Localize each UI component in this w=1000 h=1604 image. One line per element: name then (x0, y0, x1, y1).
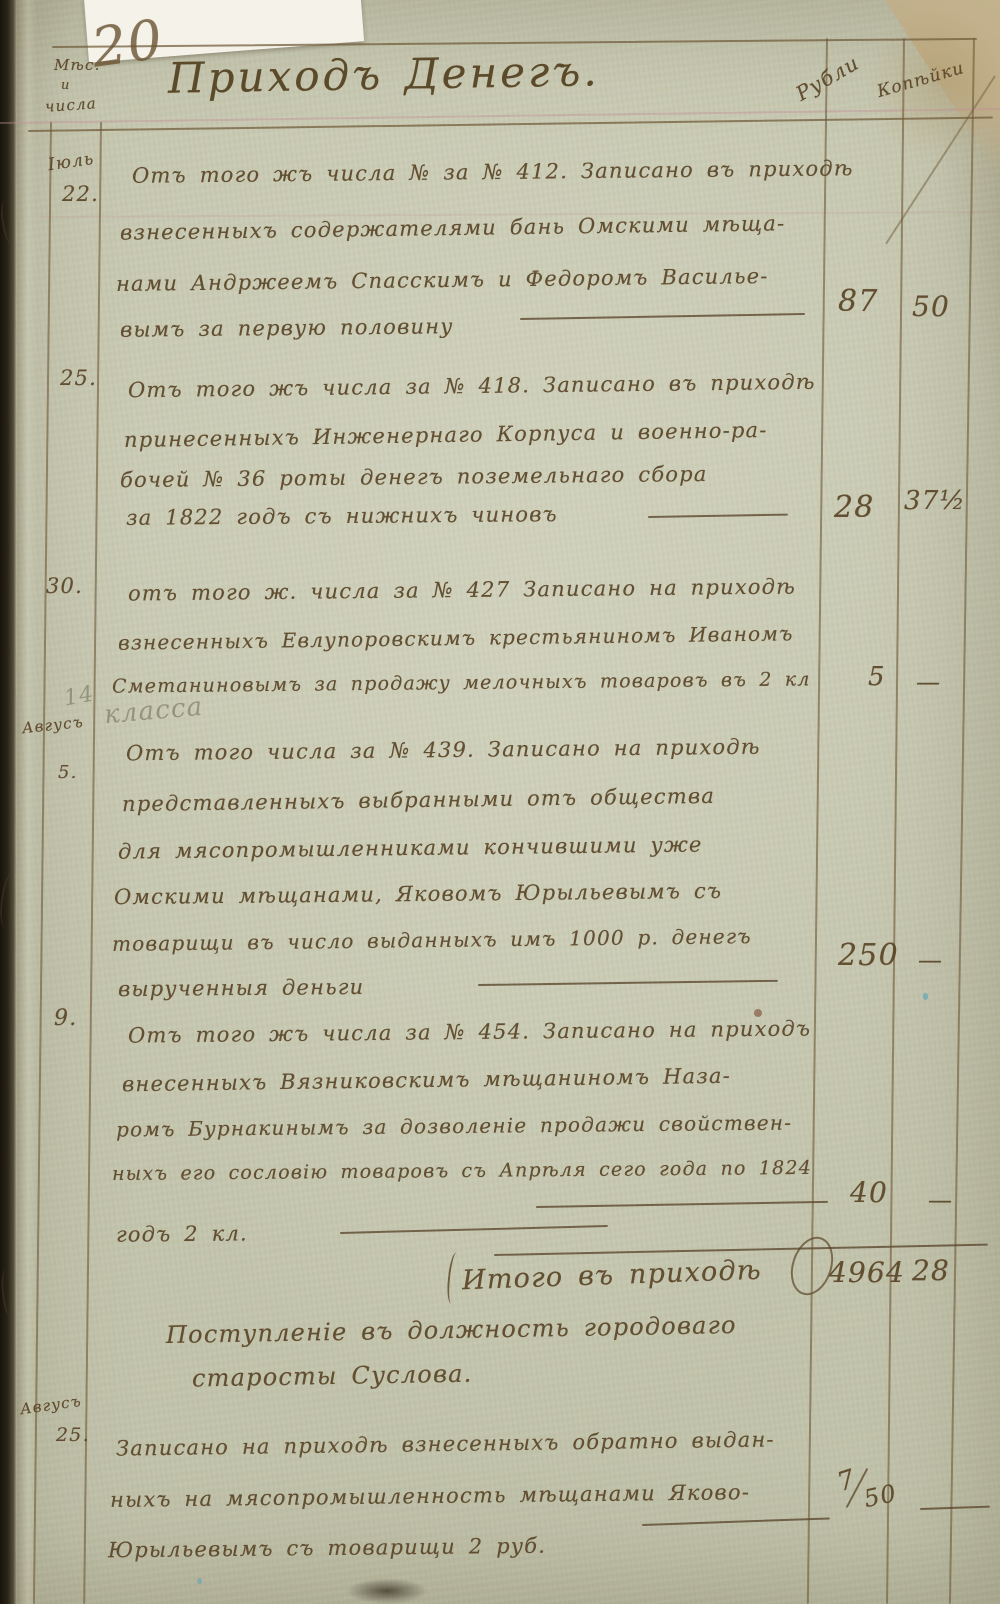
entry-line: вымъ за первую половину (120, 314, 454, 341)
entry-line: взнесенныхъ Евлупоровскимъ крестьяниномъ… (118, 621, 794, 654)
ink-dash-filler (920, 1506, 990, 1510)
rubles-value: 5 (868, 662, 886, 692)
ink-spot (754, 1009, 762, 1017)
section-note-line: старосты Суслова. (192, 1360, 473, 1393)
entry-day: 30. (46, 574, 83, 598)
ledger-page: 20 Мѣс. и числа Приходъ Денегъ. Рубли Ко… (0, 0, 1000, 1604)
rubles-value: 87 (838, 284, 879, 319)
kopecks-column-rule (886, 38, 905, 1604)
entry-day: 25. (60, 366, 97, 390)
paper-crease (17, 0, 37, 1604)
page-title: Приходъ Денегъ. (168, 46, 600, 103)
kopecks-value: 37½ (904, 486, 966, 516)
entry-line: представленныхъ выбранными отъ общества (122, 784, 715, 816)
ink-dash-filler (520, 313, 805, 320)
entry-day: 9. (54, 1006, 77, 1031)
entry-line: ныхъ его сословію товаровъ съ Апрѣля сег… (112, 1157, 812, 1185)
total-rubles-value: 4964 (829, 1256, 905, 1289)
entry-line: Отъ того жъ числа за № 418. Записано въ … (128, 370, 816, 402)
entry-line: годъ 2 кл. (116, 1221, 248, 1246)
date-column-header: и (61, 78, 71, 93)
total-label: Итого въ приходѣ (462, 1255, 763, 1296)
table-right-border (949, 38, 975, 1604)
entry-line: Записано на приходѣ взнесенныхъ обратно … (116, 1427, 775, 1460)
kopecks-value: 50 (861, 1479, 899, 1513)
ink-dash-filler (642, 1517, 830, 1526)
date-column-header: Мѣс. (54, 56, 101, 74)
bottom-smudge (346, 1578, 428, 1604)
entry-line: Юрыльевымъ съ товарищи 2 руб. (108, 1534, 546, 1563)
entry-day: 5. (58, 762, 78, 783)
pink-guide-line (0, 108, 1000, 124)
kopecks-value: — (918, 946, 943, 974)
entry-line: Омскими мѣщанами, Яковомъ Юрыльевымъ съ (114, 879, 722, 909)
entry-day: 22. (62, 182, 99, 206)
total-kopecks-value: 28 (912, 1254, 950, 1287)
rubles-value: 250 (838, 938, 899, 973)
entry-line: вырученныя деньги (118, 975, 365, 1001)
pencil-note-number: 14 (62, 682, 96, 712)
date-column-rule (83, 122, 102, 1604)
entry-line: принесенныхъ Инженернаго Корпуса и военн… (124, 418, 768, 452)
rubles-column-rule (807, 38, 828, 1604)
rubles-value: 40 (850, 1176, 888, 1209)
entry-line: внесенныхъ Вязниковскимъ мѣщаниномъ Наза… (122, 1064, 731, 1096)
entry-line: отъ того ж. числа за № 427 Записано на п… (128, 575, 796, 606)
section-note-line: Поступленіе въ должность городоваго (166, 1311, 737, 1349)
entry-line: товарищи въ число выданныхъ имъ 1000 р. … (112, 924, 752, 956)
rubles-value: 7 (834, 1464, 860, 1498)
kopecks-value: — (928, 1186, 953, 1214)
date-column-header: числа (44, 94, 97, 116)
blue-speck (923, 993, 928, 1000)
ink-dash-filler (536, 1201, 828, 1208)
entry-line: нами Андржеемъ Спасскимъ и Федоромъ Васи… (116, 264, 769, 296)
kopecks-value: — (916, 668, 941, 696)
rubles-value: 28 (834, 490, 875, 525)
ink-dash-filler (648, 514, 788, 518)
ink-dash-filler (478, 980, 778, 986)
entry-line: бочей № 36 роты денегъ поземельнаго сбор… (120, 462, 708, 492)
entry-month: Іюль (47, 149, 96, 175)
blue-speck (197, 1578, 202, 1584)
entry-line: Отъ того числа за № 439. Записано на при… (126, 735, 761, 766)
entry-line: Сметаниновымъ за продажу мелочныхъ товар… (112, 668, 811, 697)
kopecks-value: 50 (912, 290, 950, 323)
ink-dash-filler (340, 1225, 608, 1234)
entry-line: Отъ того жъ числа за № 454. Записано на … (128, 1016, 811, 1047)
entry-line: ромъ Бурнакинымъ за дозволеніе продажи с… (116, 1110, 792, 1141)
total-brace (445, 1252, 462, 1305)
entry-line: Отъ того жъ числа № за № 412. Записано в… (132, 156, 854, 188)
entry-line: ныхъ на мясопромышленность мѣщанами Яков… (110, 1480, 750, 1512)
entry-day: 25. (56, 1424, 90, 1446)
entry-line: для мясопромышленниками кончившими уже (118, 832, 703, 863)
entry-line: за 1822 годъ съ нижнихъ чиновъ (126, 502, 558, 530)
